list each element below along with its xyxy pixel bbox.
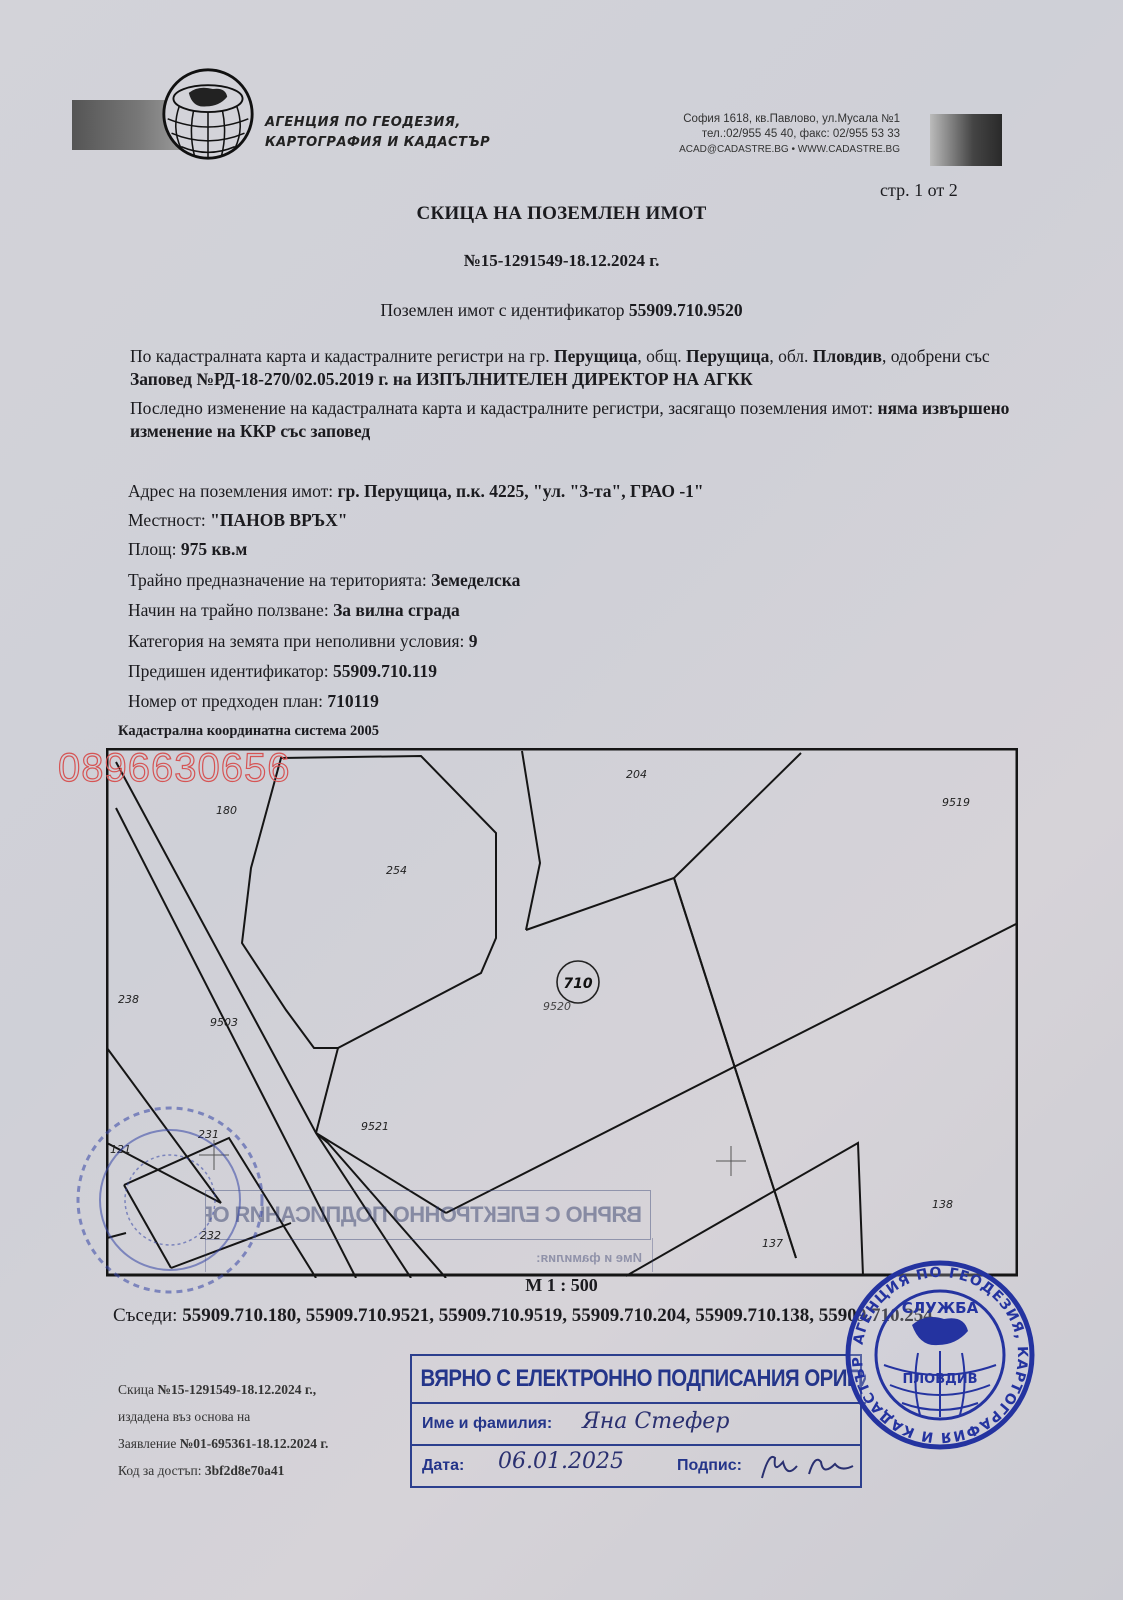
sketch-ref: Скица №15-1291549-18.12.2024 г.,	[118, 1376, 328, 1403]
stamp-date-row: Дата: 06.01.2025 Подпис:	[412, 1446, 860, 1486]
issued-basis: издадена въз основа на	[118, 1403, 328, 1430]
access-code-value: 3bf2d8e70a41	[205, 1463, 285, 1478]
field-label: Трайно предназначение на територията:	[128, 570, 431, 590]
coordinate-system: Кадастрална координатна система 2005	[118, 723, 379, 740]
property-field: Местност: "ПАНОВ ВРЪХ"	[128, 510, 348, 531]
header-bar-right	[930, 114, 1002, 166]
parcel-label: 254	[386, 864, 407, 877]
application-ref: Заявление №01-695361-18.12.2024 г.	[118, 1430, 328, 1457]
city: Перущица	[554, 346, 637, 366]
field-label: Категория на земята при неполивни услови…	[128, 631, 469, 651]
field-value: "ПАНОВ ВРЪХ"	[210, 510, 347, 530]
last-change: Последно изменение на кадастралната карт…	[130, 397, 1010, 443]
issuance-info: Скица №15-1291549-18.12.2024 г., издаден…	[118, 1376, 328, 1484]
neighbors-label: Съседи:	[113, 1305, 182, 1326]
svg-text:СЛУЖБА: СЛУЖБА	[902, 1299, 979, 1317]
field-label: Номер от предходен план:	[128, 691, 327, 711]
stamp-date-label: Дата:	[422, 1457, 464, 1474]
field-value: За вилна сграда	[333, 600, 460, 620]
intro-text: , обл.	[769, 346, 812, 366]
stamp-name-label: Име и фамилия:	[422, 1415, 552, 1432]
field-label: Предишен идентификатор:	[128, 661, 333, 681]
stamp-heading: ВЯРНО С ЕЛЕКТРОННО ПОДПИСАНИЯ ОРИГИНАЛ	[412, 1356, 866, 1404]
crosshair-icon	[199, 1140, 746, 1176]
agency-web: ACAD@CADASTRE.BG • WWW.CADASTRE.BG	[600, 142, 900, 157]
agency-address: София 1618, кв.Павлово, ул.Мусала №1	[600, 112, 900, 127]
document-title: СКИЦА НА ПОЗЕМЛЕН ИМОТ	[0, 203, 1123, 225]
property-field: Предишен идентификатор: 55909.710.119	[128, 661, 437, 682]
field-value: 975 кв.м	[181, 539, 247, 559]
application-value: №01-695361-18.12.2024 г.	[180, 1436, 329, 1451]
property-field: Адрес на поземления имот: гр. Перущица, …	[128, 481, 704, 502]
handwritten-name: Яна Стефер	[582, 1402, 729, 1442]
field-label: Адрес на поземления имот:	[128, 481, 338, 501]
svg-text:9520: 9520	[543, 1000, 571, 1013]
intro-text: , одобрени със	[882, 346, 990, 366]
approval-order: Заповед №РД-18-270/02.05.2019 г. на ИЗПЪ…	[130, 369, 753, 389]
identifier-label: Поземлен имот с идентификатор	[380, 300, 624, 320]
agency-contacts: София 1618, кв.Павлово, ул.Мусала №1 тел…	[600, 112, 900, 157]
property-field: Категория на земята при неполивни услови…	[128, 631, 478, 652]
field-label: Площ:	[128, 539, 181, 559]
agency-name: АГЕНЦИЯ ПО ГЕОДЕЗИЯ, КАРТОГРАФИЯ И КАДАС…	[265, 113, 490, 153]
handwritten-date: 06.01.2025	[498, 1442, 624, 1482]
certification-stamp: ВЯРНО С ЕЛЕКТРОННО ПОДПИСАНИЯ ОРИГИНАЛ И…	[410, 1354, 862, 1488]
agency-name-line1: АГЕНЦИЯ ПО ГЕОДЕЗИЯ,	[265, 113, 490, 133]
municipality: Перущица	[686, 346, 769, 366]
intro-text: , общ.	[637, 346, 686, 366]
last-change-label: Последно изменение на кадастралната карт…	[130, 398, 878, 418]
document-number: №15-1291549-18.12.2024 г.	[0, 251, 1123, 271]
property-field: Номер от предходен план: 710119	[128, 691, 379, 712]
parcel-label: 137	[762, 1237, 783, 1250]
property-field: Трайно предназначение на територията: Зе…	[128, 570, 520, 591]
identifier-value: 55909.710.9520	[629, 300, 743, 320]
neighbors-list: 55909.710.180, 55909.710.9521, 55909.710…	[182, 1305, 933, 1326]
sketch-ref-label: Скица	[118, 1382, 157, 1397]
field-value: гр. Перущица, п.к. 4225, "ул. "3-та", ГР…	[338, 481, 704, 501]
parcel-label: 9519	[942, 796, 970, 809]
parcel-identifier: Поземлен имот с идентификатор 55909.710.…	[0, 300, 1123, 321]
access-code: Код за достъп: 3bf2d8e70a41	[118, 1457, 328, 1484]
field-value: Земеделска	[431, 570, 520, 590]
field-label: Начин на трайно ползване:	[128, 600, 333, 620]
sketch-ref-value: №15-1291549-18.12.2024 г.,	[157, 1382, 316, 1397]
parcel-label: 9521	[361, 1120, 389, 1133]
field-value: 9	[469, 631, 478, 651]
application-label: Заявление	[118, 1436, 180, 1451]
faded-seal-icon	[60, 1100, 280, 1300]
stamp-name-row: Име и фамилия: Яна Стефер	[412, 1404, 860, 1446]
official-seal-icon: АГЕНЦИЯ ПО ГЕОДЕЗИЯ, КАРТОГРАФИЯ И КАДАС…	[840, 1255, 1040, 1455]
region: Пловдив	[813, 346, 882, 366]
agency-name-line2: КАРТОГРАФИЯ И КАДАСТЪР	[265, 133, 490, 153]
field-label: Местност:	[128, 510, 210, 530]
agency-phone: тел.:02/955 45 40, факс: 02/955 53 33	[600, 127, 900, 142]
parcel-label: 204	[626, 768, 647, 781]
parcel-label: 9503	[210, 1016, 238, 1029]
intro-text: По кадастралната карта и кадастралните р…	[130, 346, 554, 366]
cadastral-map-paragraph: По кадастралната карта и кадастралните р…	[130, 345, 1010, 443]
field-value: 55909.710.119	[333, 661, 437, 681]
parcel-label: 238	[118, 993, 139, 1006]
access-code-label: Код за достъп:	[118, 1463, 205, 1478]
property-field: Начин на трайно ползване: За вилна сград…	[128, 600, 460, 621]
svg-text:ПЛОВДИВ: ПЛОВДИВ	[902, 1372, 977, 1387]
property-field: Площ: 975 кв.м	[128, 539, 247, 560]
watermark-phone: 0896630656	[58, 746, 290, 791]
page-indicator: стр. 1 от 2	[880, 180, 958, 201]
agency-globe-logo-icon	[160, 66, 256, 162]
parcel-label: 180	[216, 804, 237, 817]
field-value: 710119	[327, 691, 379, 711]
parcel-label: 138	[932, 1198, 953, 1211]
svg-text:710: 710	[563, 976, 592, 992]
stamp-signature-label: Подпис:	[677, 1446, 742, 1486]
